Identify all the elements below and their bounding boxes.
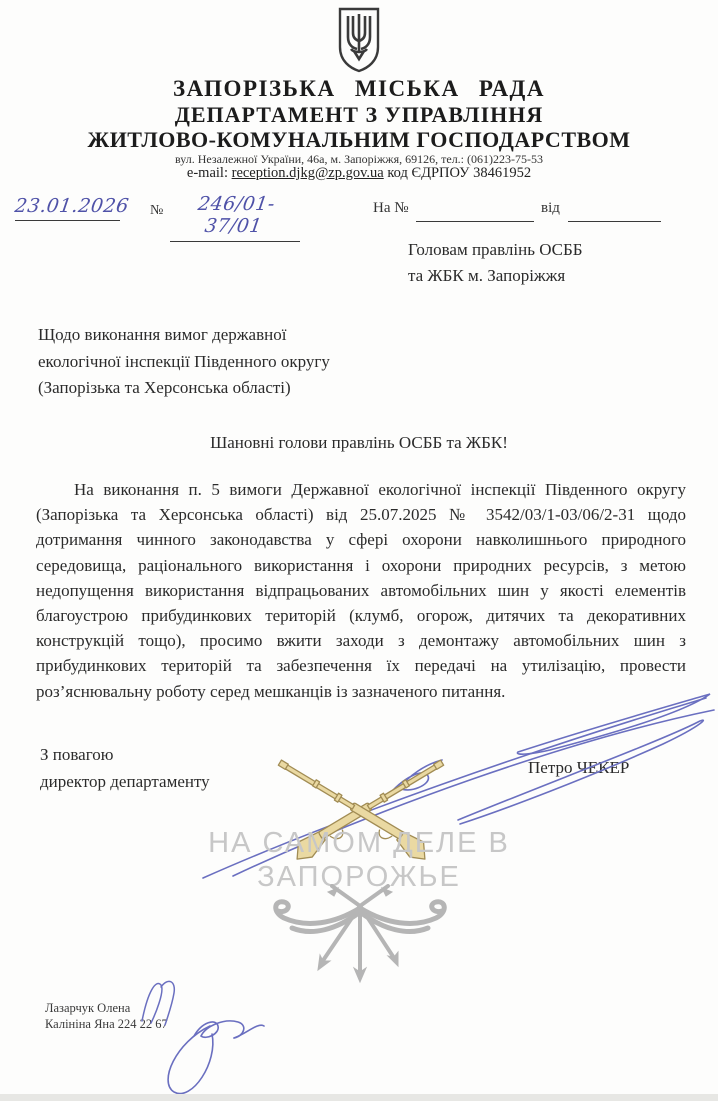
- salutation: Шановні голови правлінь ОСББ та ЖБК!: [0, 433, 718, 453]
- bottom-signature-ink: [148, 1012, 278, 1100]
- email-label: e-mail:: [187, 165, 228, 181]
- dept-name-line1: ДЕПАРТАМЕНТ З УПРАВЛІННЯ: [0, 102, 718, 128]
- scanned-letter-page: ЗАПОРІЗЬКА МІСЬКА РАДА ДЕПАРТАМЕНТ З УПР…: [0, 0, 718, 1101]
- scan-edge-strip: [0, 1094, 718, 1101]
- reply-number-blank-field: [416, 221, 534, 222]
- reply-from-label: від: [541, 200, 560, 217]
- handwritten-date: 23.01.2026: [13, 195, 130, 217]
- edrpou-code: код ЄДРПОУ 38461952: [387, 165, 531, 181]
- dept-name-line2: ЖИТЛОВО-КОМУНАЛЬНИМ ГОСПОДАРСТВОМ: [0, 127, 718, 153]
- org-name: ЗАПОРІЗЬКА МІСЬКА РАДА: [0, 76, 718, 102]
- arrows-ornament-icon: [262, 884, 462, 992]
- recipient-line2: та ЖБК м. Запоріжжя: [408, 263, 583, 289]
- outgoing-date-field: 23.01.2026: [15, 195, 120, 221]
- crossed-muskets-icon: [266, 750, 458, 868]
- subject-line2: екологічної інспекції Південного округу: [38, 349, 330, 376]
- reply-date-blank-field: [568, 221, 661, 222]
- reply-to-label: На №: [373, 200, 409, 217]
- outgoing-number-field: 246/01-37/01: [170, 193, 300, 242]
- handwritten-number: 246/01-37/01: [167, 193, 303, 237]
- ukraine-trident-icon: [334, 7, 384, 73]
- recipient-line1: Головам правлінь ОСББ: [408, 237, 583, 263]
- org-contacts-line: e-mail: reception.djkg@zp.gov.ua код ЄДР…: [0, 165, 718, 182]
- body-paragraph: На виконання п. 5 вимоги Державної еколо…: [36, 477, 686, 704]
- recipient-block: Головам правлінь ОСББ та ЖБК м. Запоріжж…: [408, 237, 583, 289]
- email-address: reception.djkg@zp.gov.ua: [232, 165, 384, 181]
- subject-line1: Щодо виконання вимог державної: [38, 322, 330, 349]
- subject-line3: (Запорізька та Херсонська області): [38, 375, 330, 402]
- subject-block: Щодо виконання вимог державної екологічн…: [38, 322, 330, 402]
- number-sign: №: [150, 203, 163, 219]
